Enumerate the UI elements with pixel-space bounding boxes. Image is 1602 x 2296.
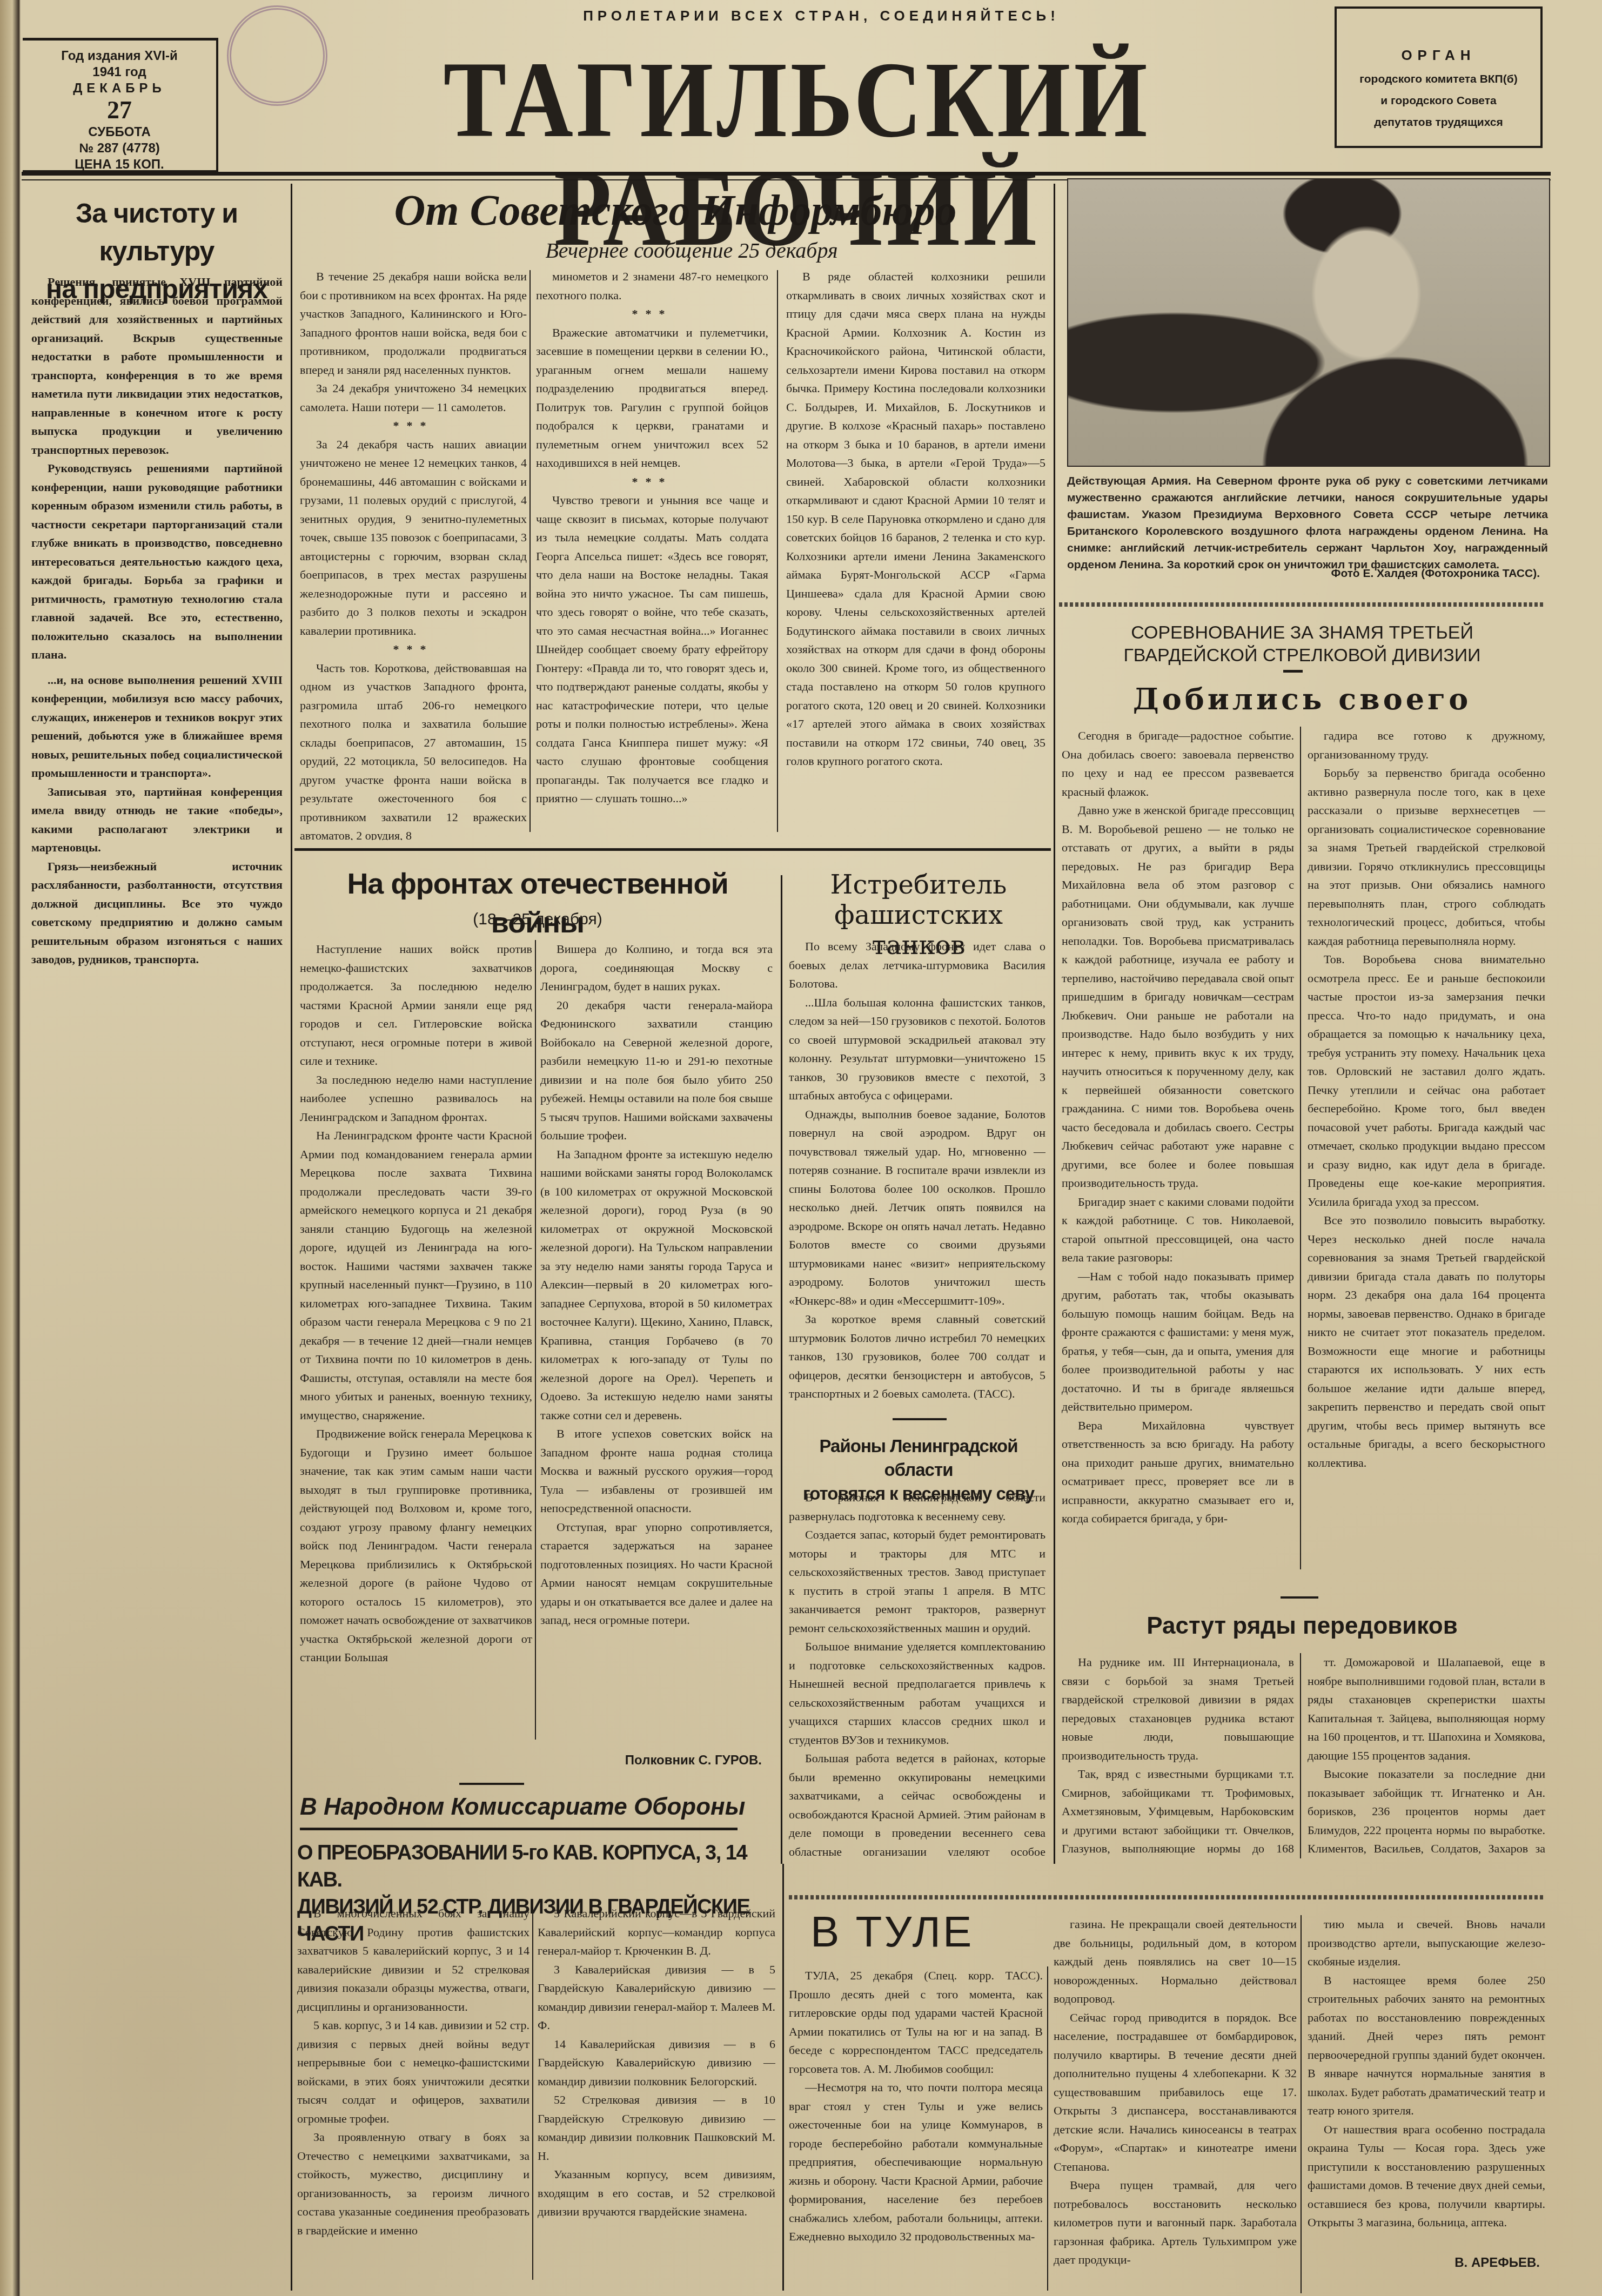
tula-paragraph: От нашествия врага особенно пострадала о… [1308, 2120, 1545, 2229]
sovinformburo-col-2: минометов и 2 знамени 487-го немецкого п… [536, 267, 768, 840]
organ-line-1: городского комитета ВКП(б) [1337, 69, 1540, 90]
year: 1941 год [23, 64, 216, 80]
editorial-paragraph: ...и, на основе выполнения решений XVIII… [31, 671, 283, 783]
fronts-paragraph: Наступление наших войск против немецко-ф… [300, 940, 532, 1071]
tula-col-3: тию мыла и свечей. Вновь начали производ… [1308, 1915, 1545, 2228]
defense-paragraph: 5 кав. корпус, 3 и 14 кав. дивизии и 52 … [297, 2016, 529, 2128]
defense-col-divider [532, 1907, 533, 2280]
tula-col-1: ТУЛА, 25 декабря (Спец. корр. ТАСС). Про… [789, 1966, 1043, 2291]
tula-paragraph: —Несмотря на то, что почти полтора месяц… [789, 2078, 1043, 2246]
report-paragraph: Чувство тревоги и уныния все чаще и чаще… [536, 491, 768, 808]
competition-paragraph: Бригадир знает с какими словами подойти … [1062, 1193, 1294, 1267]
separator-stars: *** [536, 305, 768, 324]
editorial-body: Решения, принятые XVIII партийной конфер… [31, 273, 283, 2245]
competition-paragraph: Давно уже в женской бригаде прессовщиц В… [1062, 801, 1294, 1193]
sovinformburo-col-divider [529, 270, 531, 832]
report-paragraph: В ряде областей колхозники решили откарм… [786, 267, 1045, 771]
competition-headline: Добились своего [1059, 682, 1545, 716]
date-box: Год издания XVI-й 1941 год ДЕКАБРЬ 27 СУ… [23, 38, 218, 173]
workers-paragraph: тт. Доможаровой и Шалапаевой, еще в нояб… [1308, 1653, 1545, 1765]
fronts-paragraph: Отступая, враг упорно сопротивляется, ст… [540, 1518, 773, 1630]
tula-divider [782, 1864, 784, 2291]
issue-number: № 287 (4778) [23, 140, 216, 157]
editorial-headline-line-1: За чистоту и культуру [32, 194, 281, 270]
editorial-paragraph: Грязь—неизбежный источник расхлябанности… [31, 857, 283, 969]
fronts-divider [781, 875, 782, 1864]
fronts-paragraph: Продвижение войск генерала Мерецкова к Б… [300, 1425, 532, 1667]
report-paragraph: Часть тов. Короткова, действовавшая на о… [300, 659, 527, 841]
binding-spine [0, 0, 21, 2296]
tank-destroyer-paragraph: По всему Западному фронту идет слава о б… [789, 937, 1045, 993]
competition-paragraph: Все это позволило повысить выработку. Че… [1308, 1211, 1545, 1472]
defense-paragraph: 3 Кавалерийская дивизия — в 5 Гвардейску… [538, 1961, 775, 2035]
organ-line-3: депутатов трудящихся [1337, 112, 1540, 133]
leningrad-paragraph: Большая работа ведется в районах, которы… [789, 1749, 1045, 1856]
separator-stars: *** [300, 417, 527, 435]
sovinformburo-col-3: В ряде областей колхозники решили откарм… [786, 267, 1045, 840]
tank-destroyer-headline-line-1: Истребитель [789, 870, 1048, 900]
competition-kicker-line-1: СОРЕВНОВАНИЕ ЗА ЗНАМЯ ТРЕТЬЕЙ [1059, 621, 1545, 644]
pilot-photo [1067, 178, 1550, 467]
workers-paragraph: На руднике им. III Интернационала, в свя… [1062, 1653, 1294, 1765]
defense-paragraph: В многочисленных боях за нашу Советскую … [297, 1904, 529, 2016]
editorial-paragraph: Руководствуясь решениями партийной конфе… [31, 459, 283, 664]
competition-kicker-line-2: ГВАРДЕЙСКОЙ СТРЕЛКОВОЙ ДИВИЗИИ [1059, 644, 1545, 667]
defense-paragraph: За проявленную отвагу в боях за Отечеств… [297, 2128, 529, 2240]
wavy-divider [789, 1895, 1545, 1899]
tula-paragraph: тию мыла и свечей. Вновь начали производ… [1308, 1915, 1545, 1971]
tank-destroyer-paragraph: ...Шла большая колонна фашистских танков… [789, 993, 1045, 1105]
photo-caption: Действующая Армия. На Северном фронте ру… [1067, 473, 1548, 573]
sovinformburo-headline: От Советского Информбюро [303, 184, 1048, 238]
separator-stars: *** [536, 473, 768, 492]
competition-paragraph: Сегодня в бригаде—радостное событие. Она… [1062, 727, 1294, 801]
defense-paragraph: Указанным корпусу, всем дивизиям, входящ… [538, 2165, 775, 2221]
fronts-paragraph: На Западном фронте за истекшую неделю на… [540, 1145, 773, 1425]
tula-paragraph: газина. Не прекращали своей деятельности… [1054, 1915, 1297, 2009]
defense-headline-line-1: О ПРЕОБРАЗОВАНИИ 5-го КАВ. КОРПУСА, 3, 1… [297, 1840, 773, 1894]
section-rule [294, 848, 1051, 851]
fronts-signature: Полковник С. ГУРОВ. [540, 1753, 762, 1768]
defense-kicker: В Народном Комиссариате Обороны [300, 1794, 770, 1821]
leningrad-headline-line-1: Районы Ленинградской области [789, 1434, 1048, 1482]
editorial-paragraph: Решения, принятые XVIII партийной конфер… [31, 273, 283, 459]
defense-paragraph: 52 Стрелковая дивизия — в 10 Гвардейскую… [538, 2091, 775, 2165]
fronts-paragraph: Вишера до Колпино, и тогда вся эта дорог… [540, 940, 773, 996]
fronts-paragraph: 20 декабря части генерала-майора Федюнин… [540, 996, 773, 1145]
sovinformburo-col-1: В течение 25 декабря наши войска вели бо… [300, 267, 527, 840]
price: ЦЕНА 15 КОП. [23, 157, 216, 173]
organ-heading: ОРГАН [1337, 42, 1540, 69]
defense-col-1: В многочисленных боях за нашу Советскую … [297, 1904, 529, 2282]
slogan: ПРОЛЕТАРИИ ВСЕХ СТРАН, СОЕДИНЯЙТЕСЬ! [573, 8, 1070, 24]
editorial-paragraph: Записывая это, партийная конференция име… [31, 783, 283, 857]
fronts-paragraph: На Ленинградском фронте части Красной Ар… [300, 1126, 532, 1425]
photo-credit: Фото Е. Халдея (Фотохроника ТАСС). [1259, 567, 1540, 580]
sovinformburo-subheadline: Вечернее сообщение 25 декабря [475, 238, 908, 263]
report-paragraph: минометов и 2 знамени 487-го немецкого п… [536, 267, 768, 305]
leningrad-paragraph: Большое внимание уделяется комплектовани… [789, 1637, 1045, 1749]
advanced-workers-col-1: На руднике им. III Интернационала, в свя… [1062, 1653, 1294, 1861]
advanced-workers-col-2: тт. Доможаровой и Шалапаевой, еще в нояб… [1308, 1653, 1545, 1861]
tank-destroyer-paragraph: За короткое время славный советский штур… [789, 1310, 1045, 1404]
tula-headline: В ТУЛЕ [810, 1907, 1048, 1957]
fronts-paragraph: В итоге успехов советских войск на Запад… [540, 1425, 773, 1518]
leningrad-body: В районах Ленинградской области разверну… [789, 1488, 1045, 1856]
short-rule [893, 1418, 947, 1420]
tula-paragraph: ТУЛА, 25 декабря (Спец. корр. ТАСС). Про… [789, 1966, 1043, 2078]
leningrad-paragraph: В районах Ленинградской области разверну… [789, 1488, 1045, 1526]
wavy-divider [1059, 602, 1545, 607]
competition-paragraph: Борьбу за первенство бригада особенно ак… [1308, 764, 1545, 950]
day-number: 27 [23, 97, 216, 124]
fronts-col-2: Вишера до Колпино, и тогда вся эта дорог… [540, 940, 773, 1721]
divider-right [1054, 184, 1055, 1864]
short-rule [1281, 1596, 1318, 1599]
defense-col-2: 5 Кавалерийский корпус—в 3 Гвардейский К… [538, 1904, 775, 2282]
separator-stars: *** [300, 640, 527, 659]
organ-box: ОРГАН городского комитета ВКП(б) и город… [1335, 6, 1543, 148]
defense-paragraph: 5 Кавалерийский корпус—в 3 Гвардейский К… [538, 1904, 775, 1961]
year-of-issue: Год издания XVI-й [23, 48, 216, 64]
leningrad-paragraph: Создается запас, который будет ремонтиро… [789, 1526, 1045, 1637]
tula-col-2: газина. Не прекращали своей деятельности… [1054, 1915, 1297, 2293]
sovinformburo-col-divider [777, 270, 778, 832]
report-paragraph: За 24 декабря часть наших авиации уничто… [300, 435, 527, 641]
weekday: СУББОТА [23, 124, 216, 140]
organ-line-2: и городского Совета [1337, 90, 1540, 112]
short-rule [459, 1783, 524, 1785]
fronts-dates: (18—25 декабря) [300, 910, 775, 929]
competition-paragraph: гадира все готово к дружному, организова… [1308, 727, 1545, 764]
tank-destroyer-body: По всему Западному фронту идет слава о б… [789, 937, 1045, 1407]
short-rule [1283, 670, 1303, 673]
competition-kicker: СОРЕВНОВАНИЕ ЗА ЗНАМЯ ТРЕТЬЕЙ ГВАРДЕЙСКО… [1059, 621, 1545, 667]
report-paragraph: Вражеские автоматчики и пулеметчики, зас… [536, 324, 768, 473]
divider-left [291, 184, 292, 2291]
workers-col-divider [1300, 1653, 1301, 1858]
report-paragraph: За 24 декабря уничтожено 34 немецких сам… [300, 379, 527, 417]
fronts-col-1: Наступление наших войск против немецко-ф… [300, 940, 532, 1780]
competition-paragraph: Тов. Воробьева снова внимательно осмотре… [1308, 950, 1545, 1211]
fronts-col-divider [535, 940, 536, 1740]
kicker-underline [300, 1828, 738, 1830]
competition-col-2: гадира все готово к дружному, организова… [1308, 727, 1545, 1577]
tula-col-divider [1301, 1915, 1302, 2293]
competition-paragraph: —Нам с тобой надо показывать пример друг… [1062, 1267, 1294, 1416]
fronts-paragraph: За последнюю неделю нами наступление наи… [300, 1071, 532, 1127]
tula-signature: В. АРЕФЬЕВ. [1308, 2255, 1540, 2271]
defense-paragraph: 14 Кавалерийская дивизия — в 6 Гвардейск… [538, 2035, 775, 2091]
tank-destroyer-paragraph: Однажды, выполнив боевое задание, Болото… [789, 1105, 1045, 1311]
tula-paragraph: Сейчас город приводится в порядок. Все н… [1054, 2009, 1297, 2177]
report-paragraph: В течение 25 декабря наши войска вели бо… [300, 267, 527, 379]
competition-col-divider [1300, 727, 1301, 1569]
advanced-workers-headline: Растут ряды передовиков [1059, 1613, 1545, 1640]
workers-paragraph: Так, вряд с известными бурщиками т.т. См… [1062, 1765, 1294, 1861]
fronts-headline: На фронтах отечественной войны [300, 864, 775, 942]
tula-col-divider [1047, 1966, 1048, 2291]
tula-paragraph: В настоящее время более 250 строительных… [1308, 1971, 1545, 2120]
tula-paragraph: Вчера пущен трамвай, для чего потребовал… [1054, 2176, 1297, 2270]
masthead-rule [22, 172, 1551, 176]
competition-paragraph: Вера Михайловна чувствует ответственност… [1062, 1416, 1294, 1528]
month: ДЕКАБРЬ [23, 80, 216, 97]
competition-col-1: Сегодня в бригаде—радостное событие. Она… [1062, 727, 1294, 1577]
workers-paragraph: Высокие показатели за последние дни пока… [1308, 1765, 1545, 1861]
